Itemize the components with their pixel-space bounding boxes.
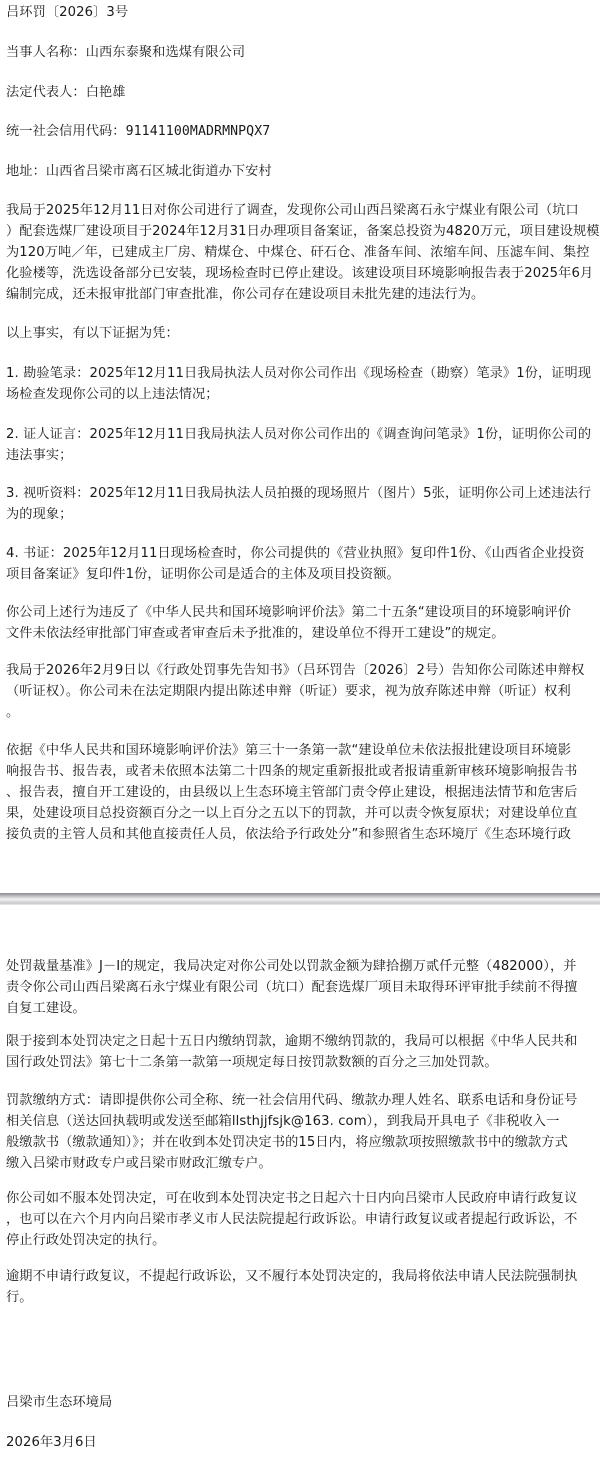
decision-paragraph: 处罚裁量基准》J－Ⅰ的规定，我局决定对你公司处以罚款金额为肆拾捌万贰仟元整（48… <box>6 956 594 1019</box>
issue-date: 2026年3月6日 <box>6 1432 594 1453</box>
party-name-row: 当事人名称：山西东泰聚和选煤有限公司 <box>6 42 594 63</box>
notice-paragraph: 我局于2026年2月9日以《行政处罚事先告知书》（吕环罚告〔2026〕2号）告知… <box>6 660 594 723</box>
legal-rep: 白艳雄 <box>86 85 126 100</box>
violation-paragraph: 你公司上述行为违反了《中华人民共和国环境影响评价法》第二十五条“建设项目的环境影… <box>6 602 594 644</box>
party-name: 山西东泰聚和选煤有限公司 <box>86 45 245 60</box>
credit-code-row: 统一社会信用代码：91141100MADRMNPQX7 <box>6 121 594 142</box>
page-divider <box>0 893 600 905</box>
credit-code-label: 统一社会信用代码： <box>6 124 126 139</box>
evidence-item-3: 3. 视听资料：2025年12月11日我局执法人员拍摄的现场照片（图片）5张，证… <box>6 483 594 525</box>
evidence-intro: 以上事实，有以下证据为凭： <box>6 323 594 344</box>
payment-deadline-paragraph: 限于接到本处罚决定之日起十五日内缴纳罚款，逾期不缴纳罚款的，我局可以根据《中华人… <box>6 1031 594 1073</box>
enforcement-paragraph: 逾期不申请行政复议，不提起行政诉讼，又不履行本处罚决定的，我局将依法申请人民法院… <box>6 1266 594 1308</box>
evidence-item-2: 2. 证人证言：2025年12月11日我局执法人员对你公司作出的《调查询问笔录》… <box>6 424 594 466</box>
issuer: 吕梁市生态环境局 <box>6 1392 594 1413</box>
evidence-item-1: 1. 勘验笔录：2025年12月11日我局执法人员对你公司作出《现场检查（勘察）… <box>6 363 594 405</box>
doc-number: 吕环罚〔2026〕3号 <box>6 2 594 23</box>
credit-code: 91141100MADRMNPQX7 <box>126 124 271 139</box>
legal-rep-label: 法定代表人： <box>6 85 86 100</box>
appeal-paragraph: 你公司如不服本处罚决定，可在收到本处罚决定书之日起六十日内向吕梁市人民政府申请行… <box>6 1188 594 1251</box>
legal-basis-paragraph: 依据《中华人民共和国环境影响评价法》第三十一条第一款“建设单位未依法报批建设项目… <box>6 740 594 845</box>
party-name-label: 当事人名称： <box>6 45 86 60</box>
facts-paragraph: 我局于2025年12月11日对你公司进行了调查，发现你公司山西吕梁离石永宁煤业有… <box>6 200 594 305</box>
payment-method-paragraph: 罚款缴纳方式：请即提供你公司全称、统一社会信用代码、缴款办理人姓名、联系电话和身… <box>6 1090 594 1174</box>
legal-rep-row: 法定代表人：白艳雄 <box>6 82 594 103</box>
address-row: 地址：山西省吕梁市离石区城北街道办下安村 <box>6 161 594 182</box>
evidence-item-4: 4. 书证：2025年12月11日现场检查时，你公司提供的《营业执照》复印件1份… <box>6 543 594 585</box>
address: 山西省吕梁市离石区城北街道办下安村 <box>46 164 272 179</box>
address-label: 地址： <box>6 164 46 179</box>
